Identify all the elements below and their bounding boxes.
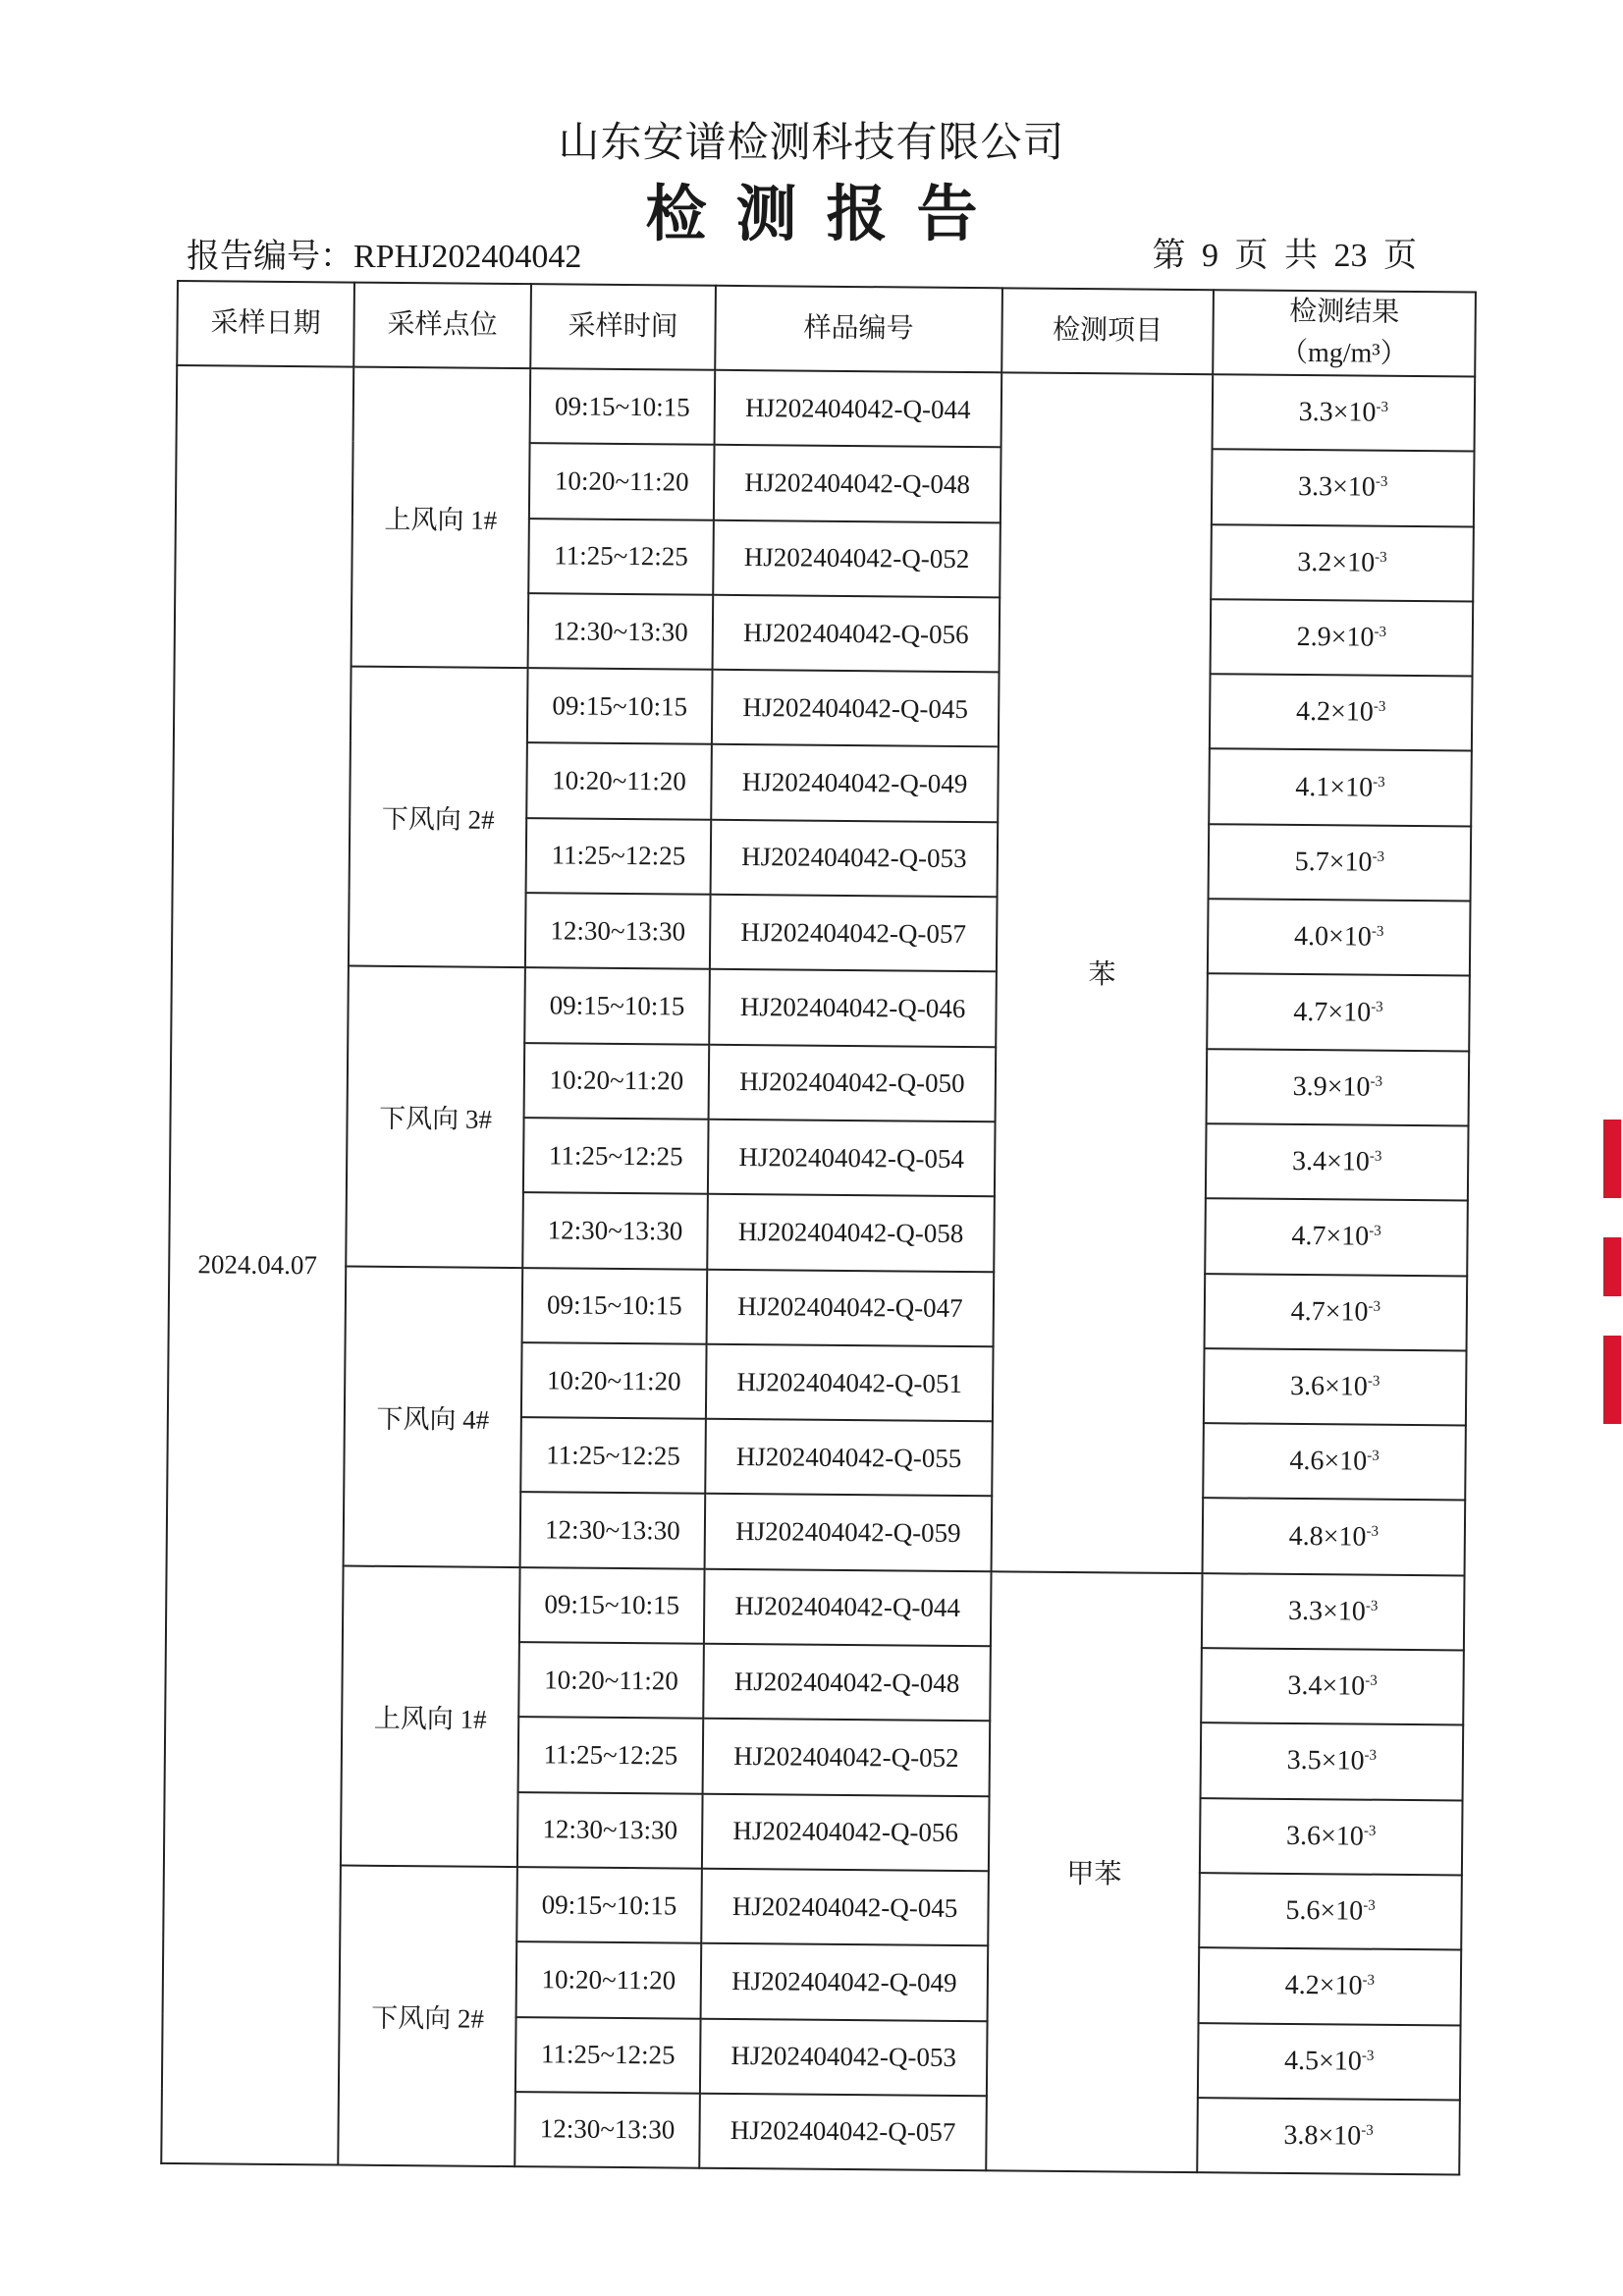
- sample-id: HJ202404042-Q-052: [713, 519, 1001, 597]
- sampling-location: 上风向 1#: [352, 367, 531, 669]
- sample-id: HJ202404042-Q-059: [705, 1494, 993, 1571]
- test-result: 3.4×10-3: [1206, 1123, 1469, 1201]
- table-header-row: 采样日期 采样点位 采样时间 样品编号 检测项目 检测结果（mg/m³）: [177, 281, 1476, 377]
- test-result: 4.6×10-3: [1203, 1423, 1466, 1501]
- test-result: 3.6×10-3: [1200, 1798, 1463, 1876]
- test-result: 4.5×10-3: [1198, 2023, 1461, 2101]
- sampling-time: 09:15~10:15: [522, 1268, 708, 1344]
- sampling-location: 下风向 4#: [344, 1266, 523, 1567]
- company-name: 山东安谱检测科技有限公司: [0, 110, 1623, 169]
- sample-id: HJ202404042-Q-055: [705, 1419, 993, 1497]
- sample-id: HJ202404042-Q-049: [701, 1943, 989, 2021]
- sample-id: HJ202404042-Q-047: [707, 1269, 995, 1346]
- test-result: 4.8×10-3: [1203, 1499, 1466, 1576]
- sample-id: HJ202404042-Q-045: [712, 670, 1000, 747]
- sample-id: HJ202404042-Q-058: [707, 1194, 995, 1272]
- col-header-date: 采样日期: [177, 281, 354, 367]
- sampling-location: 上风向 1#: [341, 1565, 520, 1867]
- report-number-label: 报告编号：: [187, 239, 353, 275]
- sample-id: HJ202404042-Q-048: [703, 1644, 991, 1722]
- sample-id: HJ202404042-Q-057: [699, 2094, 987, 2171]
- sampling-time: 09:15~10:15: [519, 1567, 705, 1644]
- test-result: 4.7×10-3: [1207, 974, 1470, 1052]
- test-result: 3.3×10-3: [1202, 1573, 1465, 1651]
- sample-id: HJ202404042-Q-053: [700, 2018, 988, 2096]
- sample-id: HJ202404042-Q-053: [711, 820, 999, 898]
- results-table: 采样日期 采样点位 采样时间 样品编号 检测项目 检测结果（mg/m³） 202…: [160, 280, 1477, 2176]
- sampling-time: 10:20~11:20: [521, 1342, 707, 1419]
- test-result: 3.3×10-3: [1213, 374, 1476, 452]
- sampling-location: 下风向 2#: [349, 667, 528, 968]
- sampling-time: 09:15~10:15: [530, 368, 716, 445]
- sampling-time: 10:20~11:20: [529, 443, 715, 519]
- sampling-time: 12:30~13:30: [520, 1493, 706, 1569]
- sampling-time: 12:30~13:30: [525, 893, 711, 969]
- test-result: 3.3×10-3: [1212, 450, 1475, 527]
- table-row: 2024.04.07上风向 1#09:15~10:15HJ202404042-Q…: [177, 365, 1476, 452]
- sample-id: HJ202404042-Q-044: [715, 370, 1002, 448]
- sample-id: HJ202404042-Q-045: [701, 1869, 989, 1946]
- sampling-time: 11:25~12:25: [518, 1717, 704, 1793]
- page-indicator: 第 9 页 共 23 页: [1153, 228, 1418, 276]
- test-result: 4.1×10-3: [1209, 749, 1472, 827]
- test-item: 苯: [992, 372, 1214, 1573]
- test-result: 4.2×10-3: [1199, 1947, 1462, 2025]
- sampling-time: 11:25~12:25: [523, 1118, 709, 1194]
- sampling-time: 11:25~12:25: [515, 2017, 701, 2094]
- test-result: 3.5×10-3: [1201, 1723, 1464, 1801]
- col-header-result: 检测结果（mg/m³）: [1213, 290, 1476, 376]
- sampling-time: 09:15~10:15: [527, 668, 713, 744]
- report-number: 报告编号：RPHJ202404042: [187, 229, 581, 277]
- sampling-time: 12:30~13:30: [517, 1792, 703, 1869]
- sampling-time: 11:25~12:25: [526, 818, 712, 895]
- test-result: 3.2×10-3: [1211, 524, 1474, 602]
- sampling-date: 2024.04.07: [161, 365, 353, 2165]
- sampling-time: 12:30~13:30: [514, 2092, 700, 2168]
- sampling-time: 10:20~11:20: [526, 743, 712, 820]
- sample-id: HJ202404042-Q-046: [709, 969, 997, 1047]
- table-row: 下风向 4#09:15~10:15HJ202404042-Q-0474.7×10…: [169, 1265, 1468, 1351]
- result-unit: （mg/m³）: [1280, 338, 1408, 369]
- sample-id: HJ202404042-Q-049: [711, 744, 999, 822]
- test-result: 3.9×10-3: [1207, 1049, 1470, 1126]
- sampling-time: 11:25~12:25: [520, 1417, 706, 1494]
- sampling-location: 下风向 3#: [346, 966, 525, 1268]
- table-row: 上风向 1#09:15~10:15HJ202404042-Q-044甲苯3.3×…: [166, 1564, 1465, 1651]
- sample-id: HJ202404042-Q-054: [708, 1120, 996, 1197]
- sampling-time: 09:15~10:15: [516, 1867, 702, 1943]
- test-result: 4.7×10-3: [1205, 1198, 1468, 1276]
- sample-id: HJ202404042-Q-056: [702, 1793, 990, 1871]
- sample-id: HJ202404042-Q-051: [706, 1344, 994, 1422]
- sampling-time: 10:20~11:20: [518, 1642, 704, 1719]
- col-header-sample-id: 样品编号: [715, 286, 1002, 373]
- test-result: 4.2×10-3: [1210, 674, 1473, 751]
- test-result: 3.8×10-3: [1197, 2098, 1460, 2175]
- report-number-value: RPHJ202404042: [353, 239, 581, 275]
- col-header-item: 检测项目: [1001, 288, 1214, 374]
- sample-id: HJ202404042-Q-052: [703, 1719, 991, 1796]
- table-row: 下风向 3#09:15~10:15HJ202404042-Q-0464.7×10…: [171, 964, 1470, 1051]
- sampling-location: 下风向 2#: [338, 1865, 517, 2166]
- sample-id: HJ202404042-Q-048: [714, 445, 1001, 522]
- sampling-time: 09:15~10:15: [524, 967, 710, 1044]
- table-row: 下风向 2#09:15~10:15HJ202404042-Q-0454.2×10…: [174, 665, 1473, 751]
- sample-id: HJ202404042-Q-044: [704, 1568, 992, 1646]
- table-row: 下风向 2#09:15~10:15HJ202404042-Q-0455.6×10…: [163, 1864, 1462, 1950]
- test-result: 2.9×10-3: [1211, 599, 1474, 677]
- sample-id: HJ202404042-Q-056: [713, 595, 1001, 673]
- sample-id: HJ202404042-Q-050: [709, 1044, 997, 1121]
- sampling-time: 10:20~11:20: [516, 1941, 702, 2018]
- sample-id: HJ202404042-Q-057: [710, 895, 998, 972]
- test-result: 4.0×10-3: [1208, 899, 1471, 976]
- col-header-time: 采样时间: [530, 284, 716, 370]
- red-seal-stamp: [1603, 1120, 1623, 1453]
- col-header-location: 采样点位: [353, 283, 531, 369]
- sampling-time: 11:25~12:25: [528, 519, 714, 595]
- test-result: 5.6×10-3: [1199, 1873, 1462, 1950]
- test-result: 3.4×10-3: [1201, 1648, 1464, 1725]
- test-result: 5.7×10-3: [1209, 824, 1472, 902]
- test-item: 甲苯: [986, 1571, 1202, 2172]
- sampling-time: 12:30~13:30: [528, 593, 714, 670]
- sampling-time: 10:20~11:20: [524, 1043, 710, 1120]
- sampling-time: 12:30~13:30: [522, 1192, 708, 1269]
- test-result: 3.6×10-3: [1204, 1348, 1467, 1426]
- test-result: 4.7×10-3: [1205, 1274, 1468, 1351]
